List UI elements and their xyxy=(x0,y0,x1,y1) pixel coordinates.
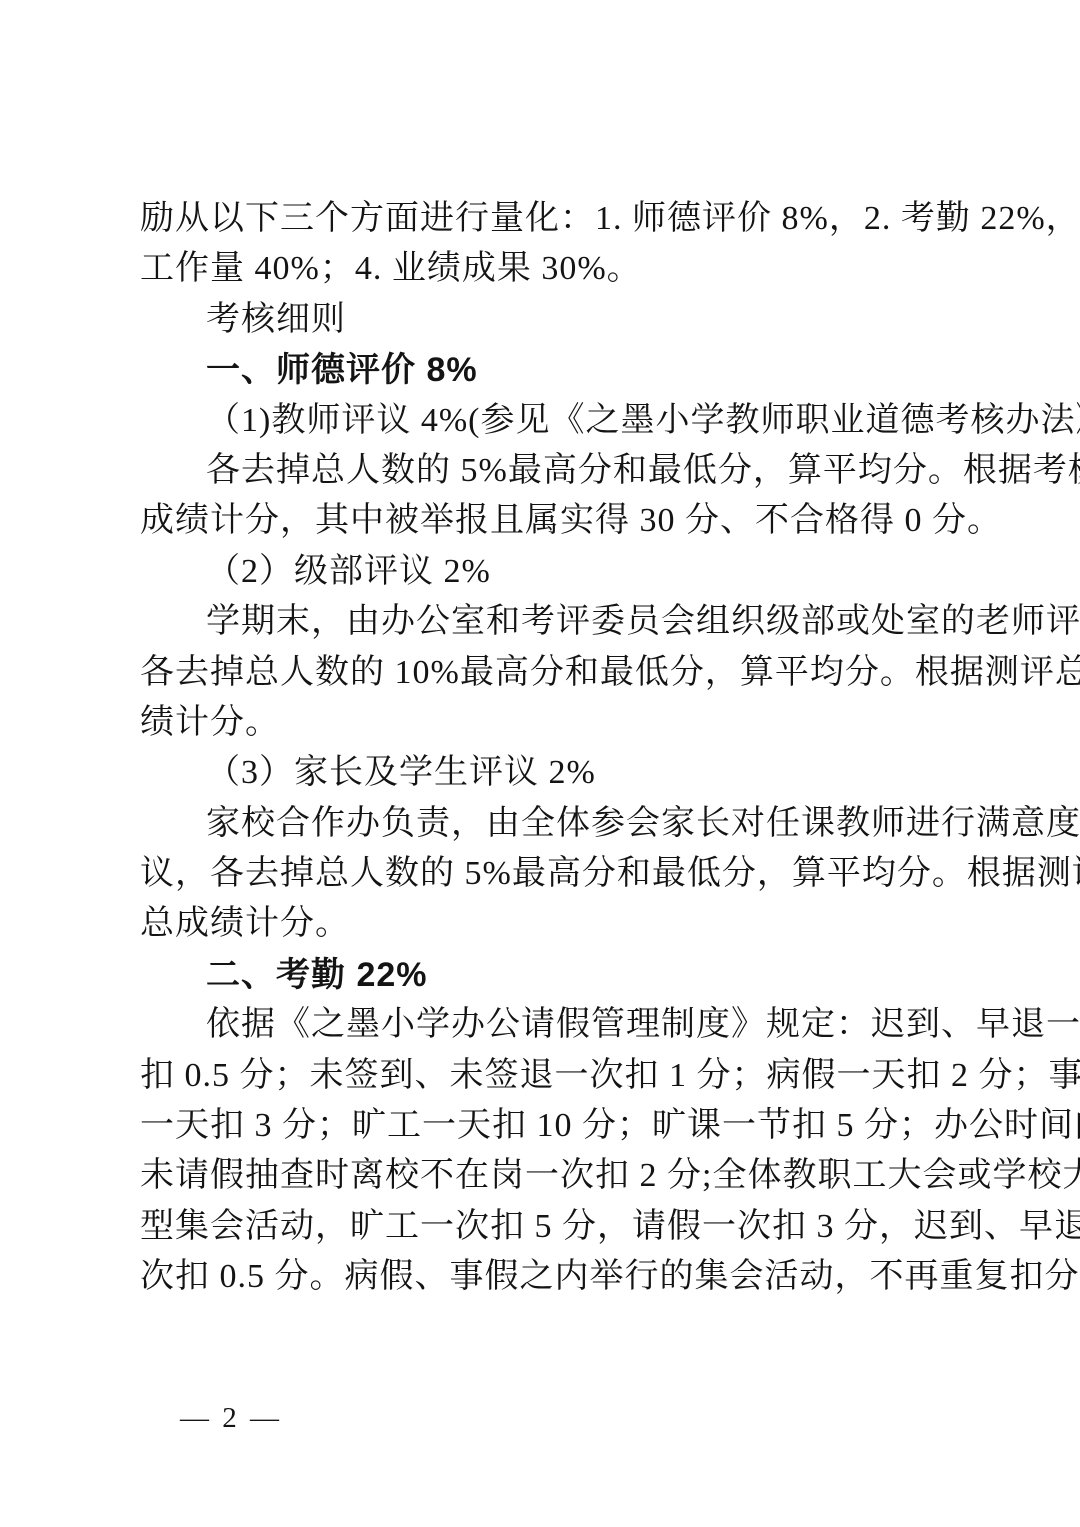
text-line: （1)教师评议 4%(参见《之墨小学教师职业道德考核办法》) xyxy=(140,396,955,446)
text-line: 扣 0.5 分；未签到、未签退一次扣 1 分；病假一天扣 2 分；事假 xyxy=(140,1051,955,1101)
text-line: 未请假抽查时离校不在岗一次扣 2 分;全体教职工大会或学校大 xyxy=(140,1151,955,1201)
text-line: 议，各去掉总人数的 5%最高分和最低分，算平均分。根据测评 xyxy=(140,849,955,899)
text-line: 考核细则 xyxy=(140,295,955,345)
heading-line: 二、考勤 22% xyxy=(140,950,955,1000)
text-line: 各去掉总人数的 5%最高分和最低分，算平均分。根据考核 xyxy=(140,446,955,496)
text-line: 依据《之墨小学办公请假管理制度》规定：迟到、早退一次 xyxy=(140,1000,955,1050)
text-line: 成绩计分，其中被举报且属实得 30 分、不合格得 0 分。 xyxy=(140,496,955,546)
text-line: 型集会活动，旷工一次扣 5 分，请假一次扣 3 分，迟到、早退一 xyxy=(140,1202,955,1252)
text-line: 工作量 40%；4. 业绩成果 30%。 xyxy=(140,244,955,294)
text-line: 绩计分。 xyxy=(140,698,955,748)
text-line: 家校合作办负责，由全体参会家长对任课教师进行满意度评 xyxy=(140,799,955,849)
document-page: 励从以下三个方面进行量化：1. 师德评价 8%，2. 考勤 22%，3.工作量 … xyxy=(0,0,1080,1527)
page-footer: — 2 — xyxy=(180,1398,282,1438)
page-number: — 2 — xyxy=(180,1402,282,1434)
text-line: 励从以下三个方面进行量化：1. 师德评价 8%，2. 考勤 22%，3. xyxy=(140,194,955,244)
text-line: （3）家长及学生评议 2% xyxy=(140,748,955,798)
text-line: 各去掉总人数的 10%最高分和最低分，算平均分。根据测评总成 xyxy=(140,648,955,698)
document-body: 励从以下三个方面进行量化：1. 师德评价 8%，2. 考勤 22%，3.工作量 … xyxy=(140,194,955,1303)
text-line: （2）级部评议 2% xyxy=(140,547,955,597)
text-line: 学期末，由办公室和考评委员会组织级部或处室的老师评议， xyxy=(140,597,955,647)
text-line: 次扣 0.5 分。病假、事假之内举行的集会活动，不再重复扣分。 xyxy=(140,1252,955,1302)
heading-line: 一、师德评价 8% xyxy=(140,345,955,395)
text-line: 一天扣 3 分；旷工一天扣 10 分；旷课一节扣 5 分；办公时间内 xyxy=(140,1101,955,1151)
text-line: 总成绩计分。 xyxy=(140,899,955,949)
